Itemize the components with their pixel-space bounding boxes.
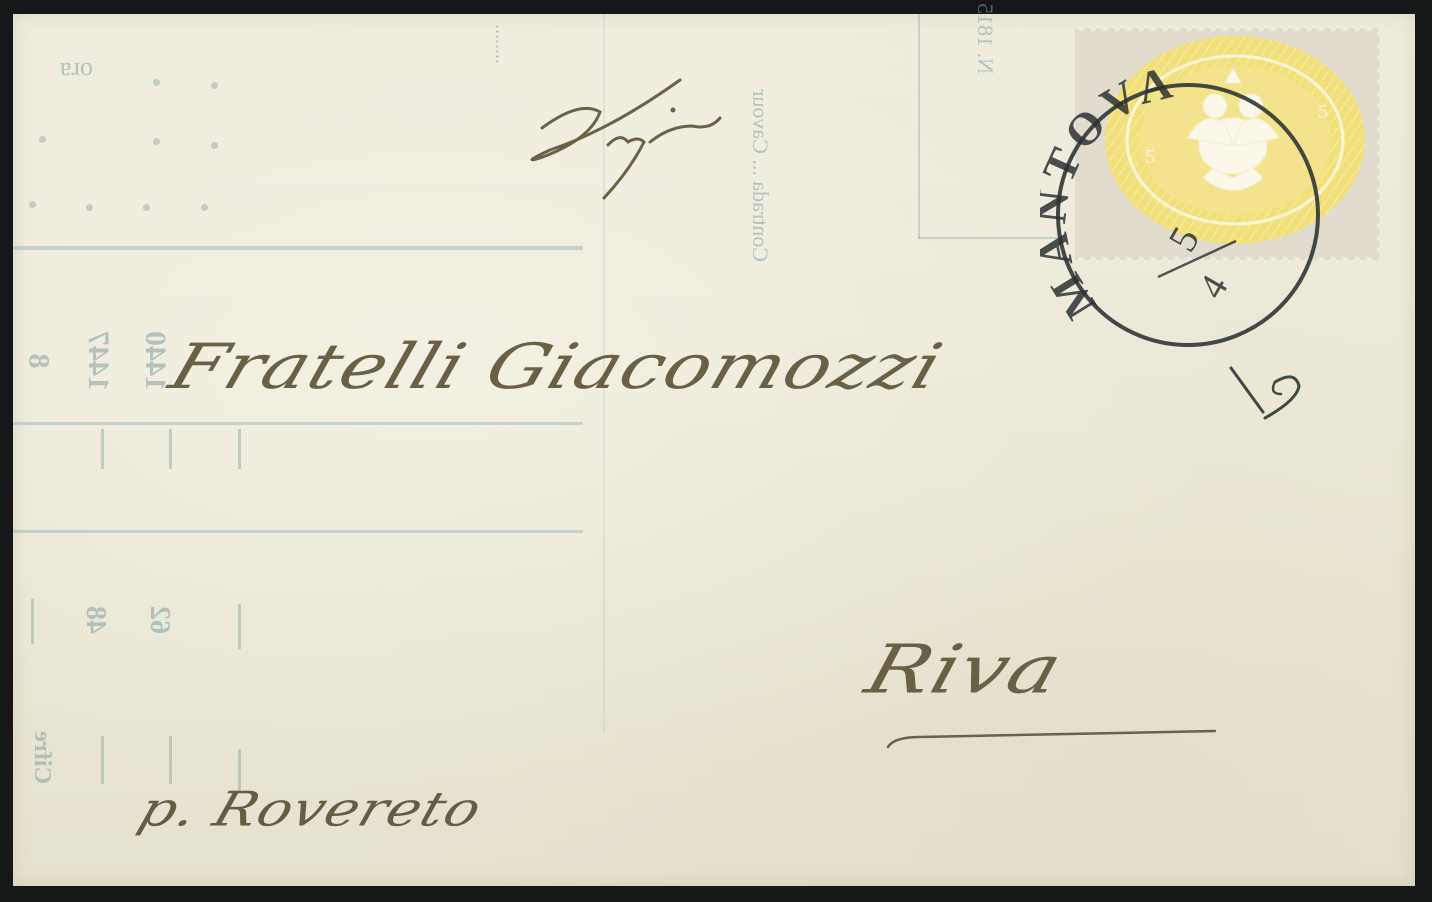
mantova-postmark: MANTOVA 5 4 xyxy=(1040,45,1340,365)
ruled-line xyxy=(13,422,583,425)
ghost-dot xyxy=(39,136,46,143)
ghost-mirrored-line-3: ........ xyxy=(490,24,513,64)
ghost-dot xyxy=(153,79,160,86)
postmark-month: 4 xyxy=(1191,268,1237,305)
ghost-number: 48 xyxy=(79,606,111,634)
ghost-side-label: Cifre xyxy=(28,731,55,784)
ruled-line xyxy=(918,237,1058,239)
ghost-tick xyxy=(169,736,172,784)
ghost-dot xyxy=(143,204,150,211)
ruled-line xyxy=(918,14,920,239)
ghost-header-fragment: ora xyxy=(60,56,93,86)
ghost-tick xyxy=(238,429,241,469)
destination-underline xyxy=(880,725,1220,755)
ghost-tick xyxy=(31,599,34,644)
salutation-handwriting xyxy=(520,80,720,210)
routing-instruction: p. Rovereto xyxy=(132,782,489,837)
ruled-line xyxy=(13,246,583,250)
manuscript-rate-mark xyxy=(1225,360,1315,430)
destination-town: Riva xyxy=(858,630,1072,708)
ghost-dot xyxy=(86,204,93,211)
ruled-line xyxy=(13,530,583,533)
postmark-town: MANTOVA xyxy=(1040,55,1182,328)
ghost-dot xyxy=(153,138,160,145)
ghost-mirrored-line-2: N. 1815 Francesco Fiu. e Conte ... xyxy=(972,0,998,74)
ghost-number: 1447 xyxy=(81,331,115,391)
ghost-number: 62 xyxy=(143,606,175,634)
ghost-dot xyxy=(211,82,218,89)
ghost-number: 8 xyxy=(22,354,56,369)
ghost-dot xyxy=(201,204,208,211)
ghost-dot xyxy=(29,201,36,208)
ghost-mirrored-line-1: Contrada ... Cavour xyxy=(747,89,773,262)
postmark-day: 5 xyxy=(1159,219,1208,259)
ghost-tick xyxy=(101,429,104,469)
addressee-name: Fratelli Giacomozzi xyxy=(161,330,952,403)
ghost-dot xyxy=(211,142,218,149)
ghost-tick xyxy=(238,604,241,649)
ghost-tick xyxy=(169,429,172,469)
ghost-tick xyxy=(101,736,104,784)
